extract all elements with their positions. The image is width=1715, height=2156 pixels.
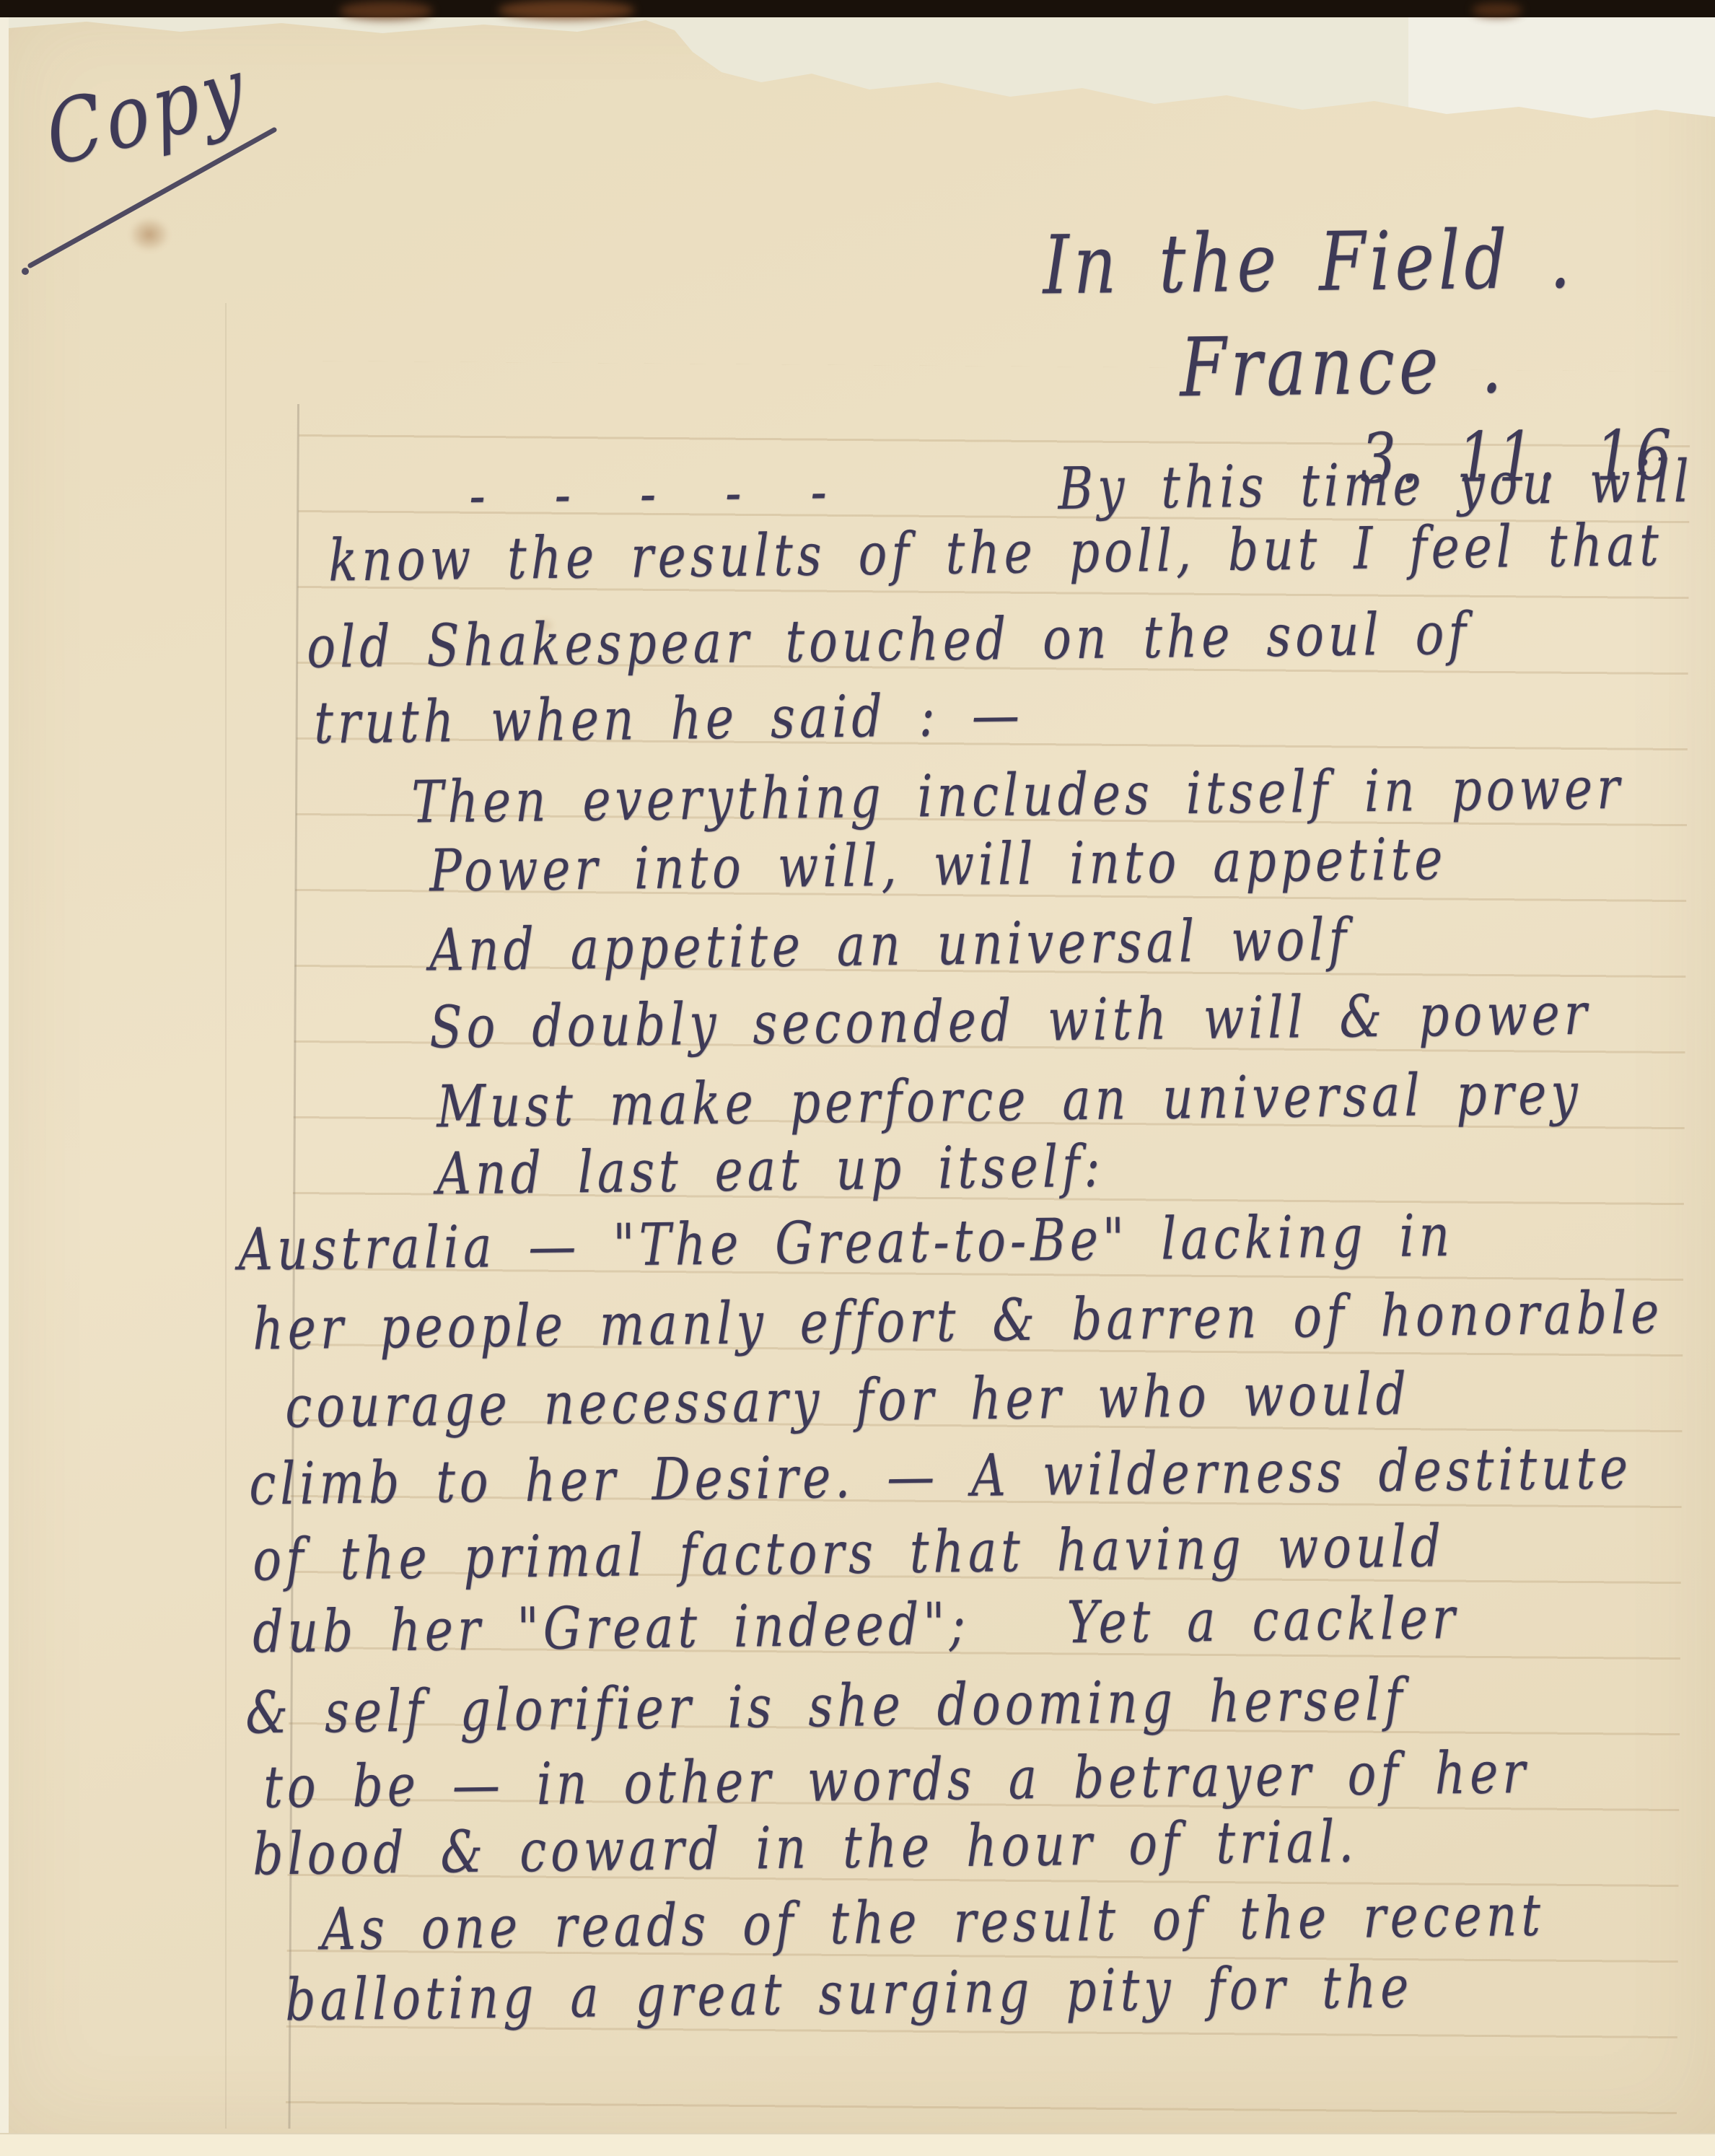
letter-line-2: know the results of the poll, but I feel…: [328, 514, 1663, 591]
letter-line-11: Australia — "The Great-to-Be" lacking in: [238, 1205, 1454, 1280]
letter-line-4: truth when he said : —: [314, 684, 1024, 753]
quote-line-3: And appetite an universal wolf: [429, 909, 1351, 981]
letter-line-21: balloting a great surging pity for the: [285, 1957, 1413, 2031]
scanner-edge: [0, 0, 1715, 17]
letter-line-16: dub her "Great indeed"; Yet a cackler: [253, 1587, 1460, 1662]
paper-crease: [225, 303, 227, 2129]
quote-line-5: Must make perforce an universal prey: [437, 1063, 1582, 1137]
letter-page: Copy In the Field . France . 3. 11. 16 .…: [0, 0, 1715, 2136]
header-location: In the Field .: [1043, 217, 1575, 308]
letter-line-19: blood & coward in the hour of trial.: [253, 1811, 1358, 1885]
letter-line-17: & self glorifier is she dooming herself: [245, 1669, 1407, 1743]
quote-line-6: And last eat up itself:: [437, 1136, 1105, 1204]
letter-line-18: to be — in other words a betrayer of her: [263, 1742, 1530, 1818]
edge-stain: [498, 0, 635, 20]
letter-line-13: courage necessary for her who would: [285, 1364, 1411, 1438]
quote-line-4: So doubly seconded with will & power: [429, 983, 1592, 1058]
scanned-letter: Copy In the Field . France . 3. 11. 16 .…: [0, 0, 1715, 2156]
letter-line-3: old Shakespear touched on the soul of: [307, 603, 1470, 678]
letter-line-15: of the primal factors that having would: [253, 1516, 1445, 1591]
quote-line-2: Power into will, will into appetite: [429, 828, 1447, 901]
backing-sheet-corner: [1408, 17, 1715, 126]
edge-stain: [1472, 3, 1522, 17]
letter-line-14: climb to her Desire. — A wilderness dest…: [249, 1438, 1632, 1515]
letter-line-12: her people manly effort & barren of hono…: [253, 1282, 1664, 1359]
backing-sheet-left-edge: [0, 17, 9, 2156]
letter-line-20: As one reads of the result of the recent: [321, 1885, 1545, 1960]
backing-sheet-bottom-edge: [0, 2133, 1715, 2156]
quote-line-1: Then everything includes itself in power: [411, 758, 1624, 833]
header-country: France .: [1180, 323, 1506, 411]
edge-stain: [339, 1, 433, 20]
